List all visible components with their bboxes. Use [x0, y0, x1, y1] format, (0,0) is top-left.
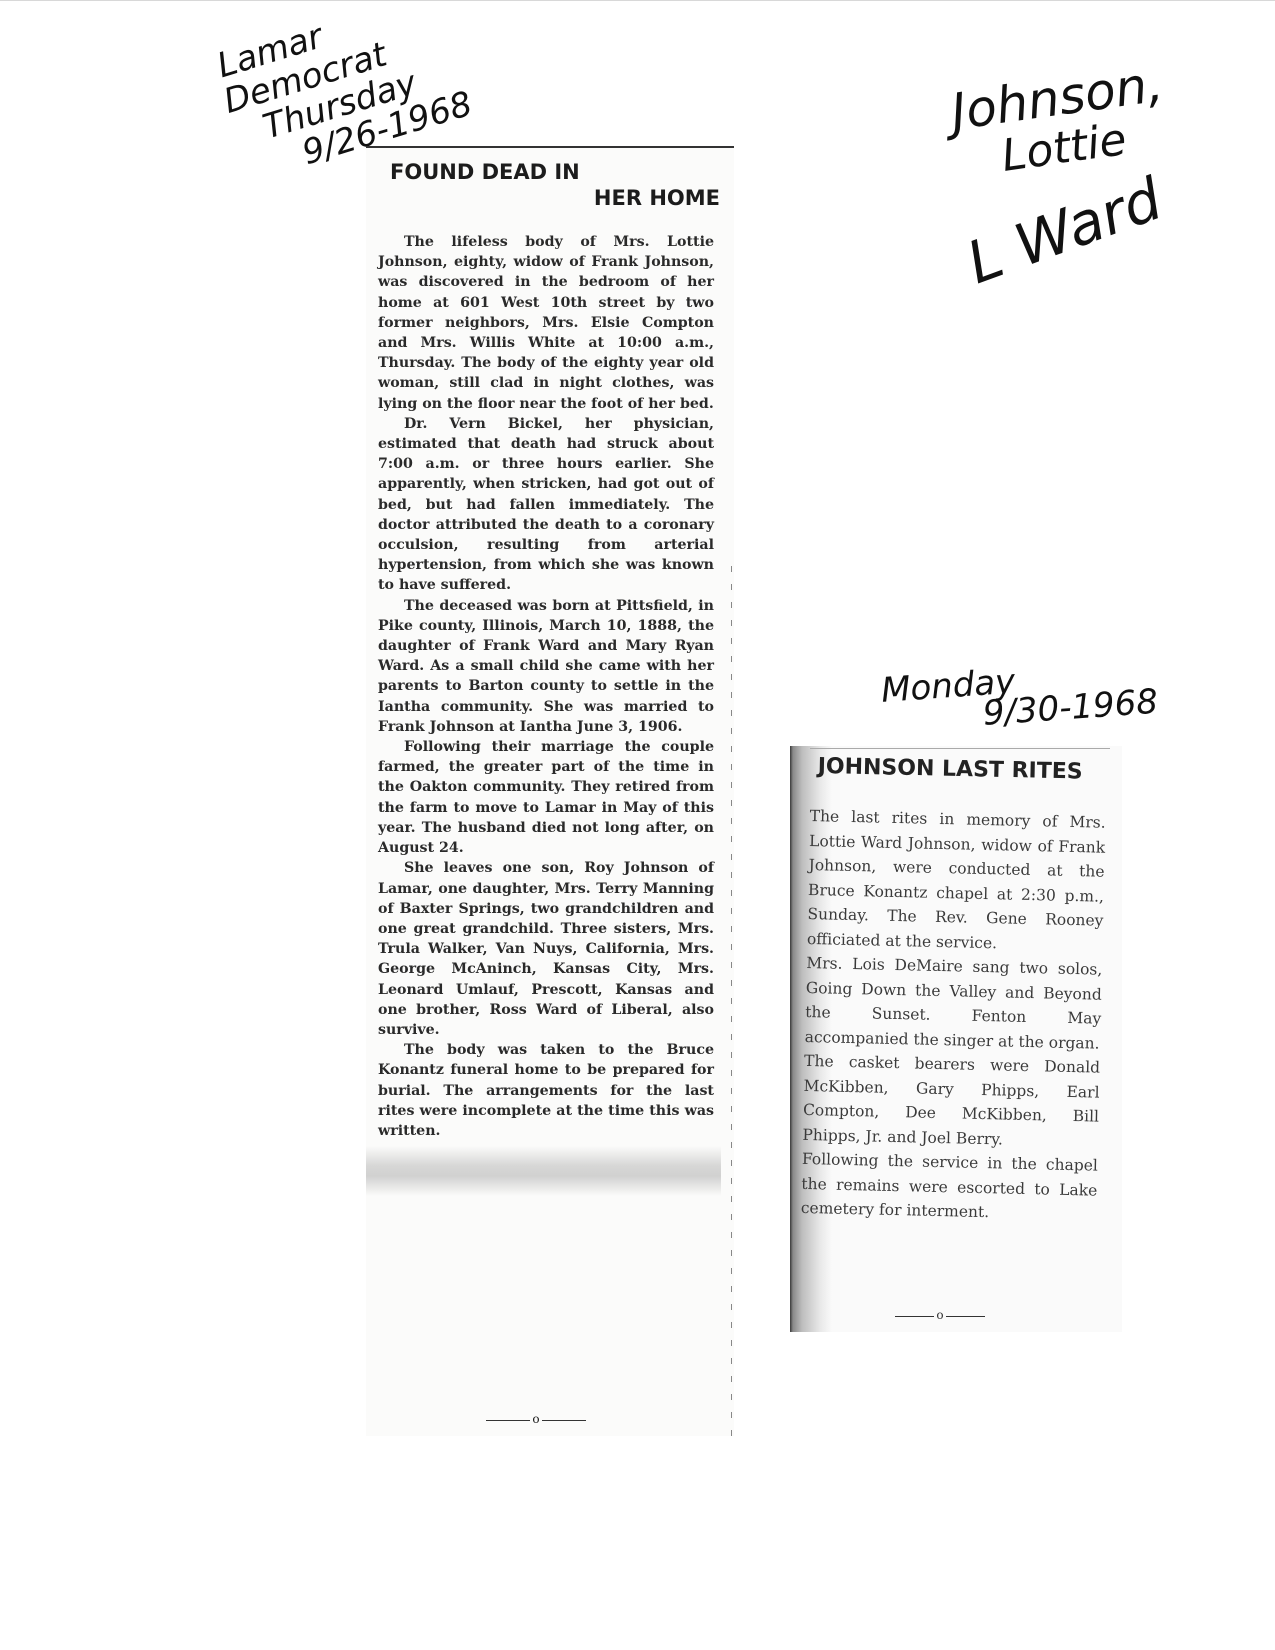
paragraph: Dr. Vern Bickel, her physician, estimate… — [378, 414, 714, 596]
headline-line-1: FOUND DEAD IN — [390, 160, 580, 184]
column-rule — [810, 748, 1110, 749]
photocopy-smudge — [366, 1146, 721, 1196]
paragraph: The body was taken to the Bruce Konantz … — [378, 1040, 714, 1141]
paragraph: The deceased was born at Pittsfield, in … — [378, 596, 714, 737]
obituary-clipping: FOUND DEAD IN HER HOME The lifeless body… — [366, 146, 734, 1436]
handwritten-second-date-value: 9/30-1968 — [982, 685, 1159, 731]
article-body: The lifeless body of Mrs. Lottie Johnson… — [378, 232, 714, 1141]
last-rites-clipping: JOHNSON LAST RITES The last rites in mem… — [790, 746, 1122, 1332]
headline-line-2: HER HOME — [594, 186, 720, 210]
paragraph: The casket bearers were Donald McKibben,… — [802, 1049, 1100, 1154]
paragraph: She leaves one son, Roy Johnson of Lamar… — [378, 858, 714, 1040]
paragraph: Following the service in the chapel the … — [801, 1147, 1099, 1227]
handwritten-maiden-name: L Ward — [960, 169, 1169, 292]
page-top-edge — [0, 0, 1275, 1]
article-body: The last rites in memory of Mrs. Lottie … — [801, 804, 1106, 1227]
clipping-cut-edge — [731, 566, 732, 1436]
headline: JOHNSON LAST RITES — [817, 754, 1082, 785]
end-of-article-mark: o — [486, 1412, 586, 1426]
paragraph: Mrs. Lois DeMaire sang two solos, Going … — [804, 951, 1102, 1056]
paragraph: Following their marriage the couple farm… — [378, 737, 714, 858]
column-rule — [366, 146, 734, 148]
handwritten-subject-name: Johnson, Lottie — [948, 58, 1173, 185]
paragraph: The lifeless body of Mrs. Lottie Johnson… — [378, 232, 714, 414]
end-of-article-mark: o — [895, 1308, 985, 1322]
handwritten-second-date: Monday 9/30-1968 — [880, 655, 1159, 738]
paragraph: The last rites in memory of Mrs. Lottie … — [807, 804, 1106, 958]
